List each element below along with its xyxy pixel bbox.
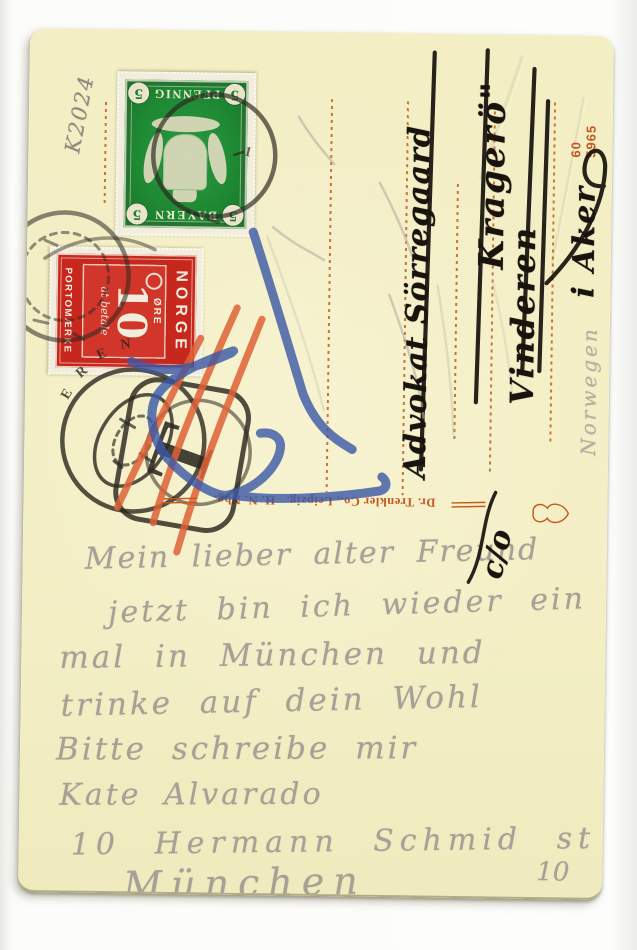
message-line: mal in München und (59, 635, 486, 676)
postage-due-T-mark: T (109, 373, 256, 538)
message-signature: Kate Alvarado (59, 777, 323, 813)
printed-dotted-line (104, 102, 107, 206)
printed-dotted-line (549, 102, 556, 445)
stamp-type-label: PORTOMÆRKE (61, 257, 73, 363)
stamp-bavaria-face: 5 5 5 5 BAYERN PFENNIG (123, 79, 248, 229)
stamp-country: NORGE (170, 259, 189, 365)
due-letter: T (127, 412, 237, 498)
message-line: trinke auf dein Wohl (60, 679, 483, 724)
serial-number: 60 5965 (568, 113, 599, 157)
postcard-scan: { "scan": { "id_pencil": "K2024" }, "car… (0, 0, 637, 950)
trefoil-ornament (533, 504, 569, 523)
publisher-name: Dr. Trenkler Co., Leipzig. (286, 494, 436, 510)
coat-of-arms (123, 227, 246, 229)
address-line-recipient: Advokat Sörregaard (398, 58, 439, 478)
message-line: Mein lieber alter Freund (84, 532, 539, 577)
stamp-due-text: at betale (97, 264, 111, 358)
stamp-country: BAYERN (123, 206, 246, 223)
message-line: jetzt bin ich wieder ein (108, 581, 587, 630)
address-line-district: i Aker (566, 162, 603, 297)
message-address-line: 10 Hermann Schmid st (71, 821, 597, 862)
postmark-ring-letter: N (120, 337, 132, 354)
address-line-redirect: Vinderen (503, 140, 545, 406)
postmark-ring-letter: E (58, 386, 77, 402)
pencil-country-note: Norwegen (576, 291, 602, 456)
pencil-id: K2024 (60, 73, 98, 155)
printed-dotted-line (453, 184, 459, 439)
stamp-unit: PFENNIG (125, 85, 248, 102)
page-number: 10 (536, 857, 570, 887)
stamp-norway-due: NORGE PORTOMÆRKE ØRE 10 at betale (48, 246, 204, 376)
printed-dotted-line (326, 99, 333, 492)
stamp-bavaria-5pf: 5 5 5 5 BAYERN PFENNIG (115, 71, 256, 237)
postcard: Dr. Trenkler Co., Leipzig. H. N. Nbg. 60… (18, 28, 614, 900)
message-line: Bitte schreibe mir (56, 730, 418, 767)
message-city: München (123, 859, 367, 901)
